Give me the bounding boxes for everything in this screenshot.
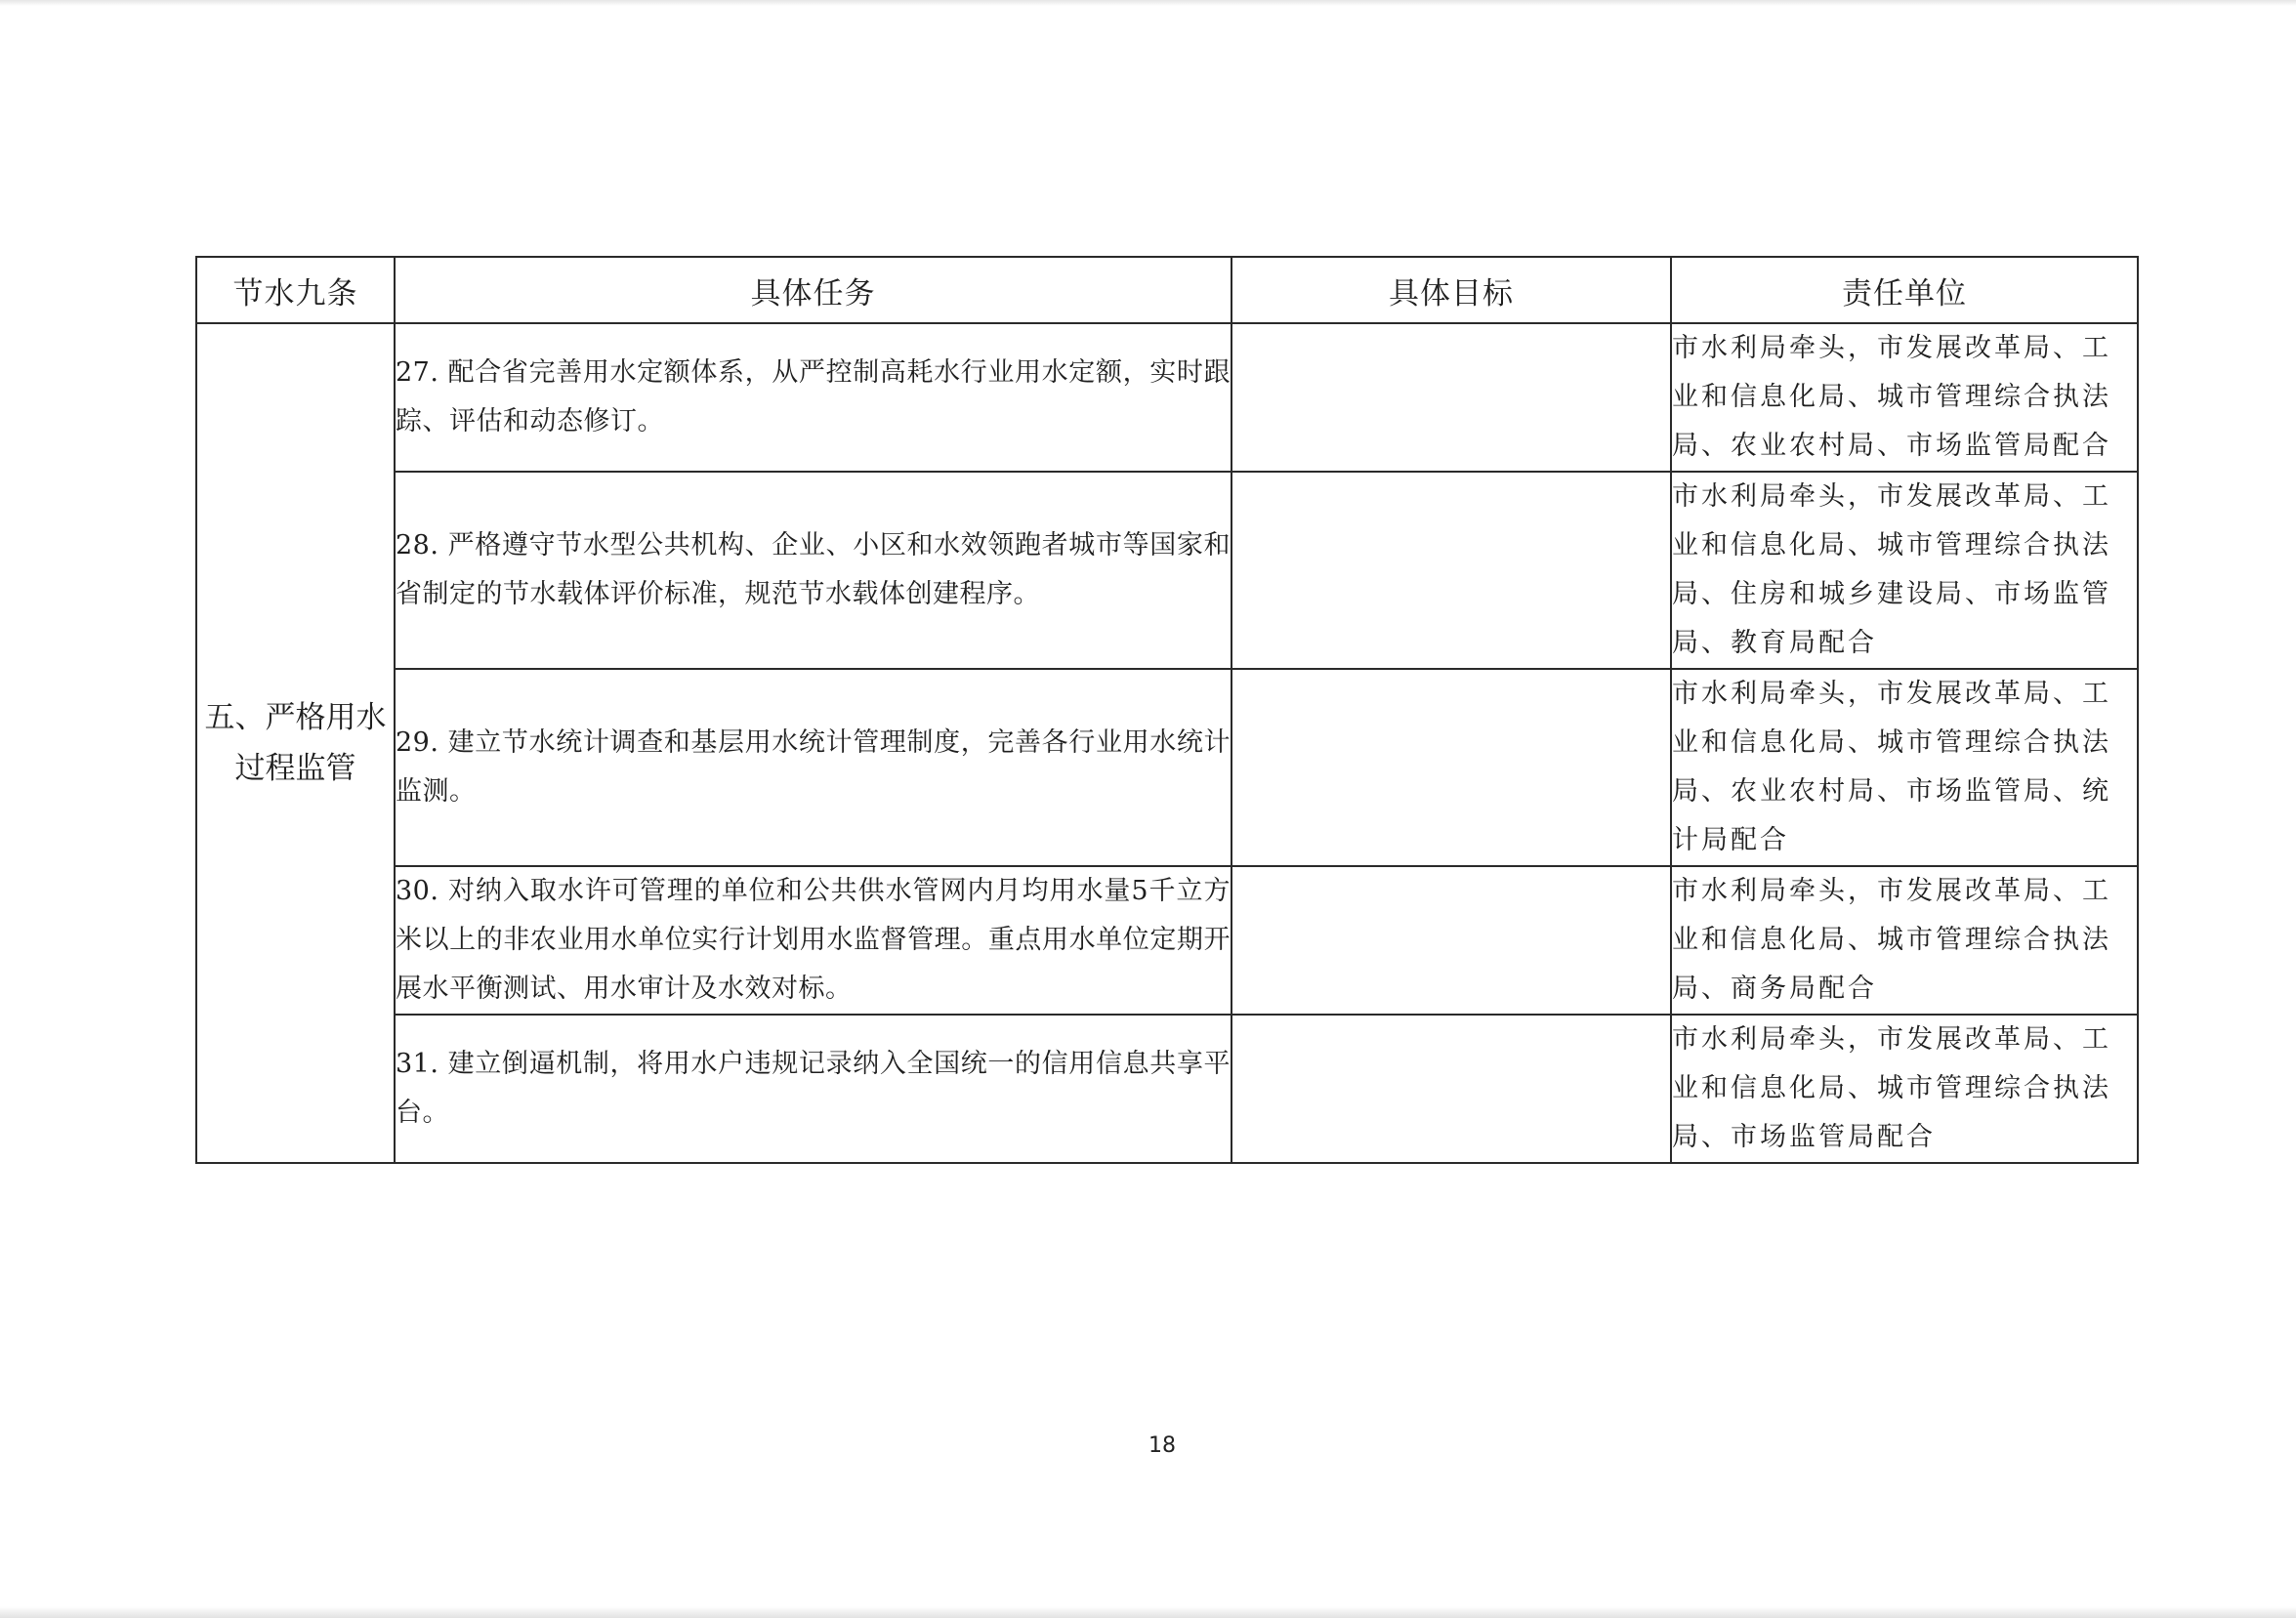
header-goal: 具体目标 [1231, 257, 1671, 323]
table-row: 31. 建立倒逼机制，将用水户违规记录纳入全国统一的信用信息共享平台。 市水利局… [196, 1015, 2138, 1163]
goal-cell [1231, 866, 1671, 1015]
table-row: 28. 严格遵守节水型公共机构、企业、小区和水效领跑者城市等国家和省制定的节水载… [196, 472, 2138, 669]
responsible-unit-cell: 市水利局牵头，市发展改革局、工业和信息化局、城市管理综合执法局、住房和城乡建设局… [1671, 472, 2138, 669]
header-category: 节水九条 [196, 257, 395, 323]
scan-top-edge [0, 0, 2296, 6]
responsible-unit-cell: 市水利局牵头，市发展改革局、工业和信息化局、城市管理综合执法局、农业农村局、市场… [1671, 323, 2138, 472]
header-responsible-unit: 责任单位 [1671, 257, 2138, 323]
category-cell: 五、严格用水过程监管 [196, 323, 395, 1163]
table-row: 29. 建立节水统计调查和基层用水统计管理制度，完善各行业用水统计监测。 市水利… [196, 669, 2138, 866]
goal-cell [1231, 1015, 1671, 1163]
table-header-row: 节水九条 具体任务 具体目标 责任单位 [196, 257, 2138, 323]
task-cell: 31. 建立倒逼机制，将用水户违规记录纳入全国统一的信用信息共享平台。 [395, 1015, 1231, 1163]
page-number: 18 [1133, 1433, 1191, 1458]
task-table: 节水九条 具体任务 具体目标 责任单位 五、严格用水过程监管 27. 配合省完善… [195, 256, 2139, 1164]
responsible-unit-cell: 市水利局牵头，市发展改革局、工业和信息化局、城市管理综合执法局、商务局配合 [1671, 866, 2138, 1015]
task-cell: 27. 配合省完善用水定额体系，从严控制高耗水行业用水定额，实时跟踪、评估和动态… [395, 323, 1231, 472]
task-cell: 29. 建立节水统计调查和基层用水统计管理制度，完善各行业用水统计监测。 [395, 669, 1231, 866]
responsible-unit-cell: 市水利局牵头，市发展改革局、工业和信息化局、城市管理综合执法局、农业农村局、市场… [1671, 669, 2138, 866]
goal-cell [1231, 472, 1671, 669]
table-row: 30. 对纳入取水许可管理的单位和公共供水管网内月均用水量5千立方米以上的非农业… [196, 866, 2138, 1015]
table-row: 五、严格用水过程监管 27. 配合省完善用水定额体系，从严控制高耗水行业用水定额… [196, 323, 2138, 472]
header-task: 具体任务 [395, 257, 1231, 323]
responsible-unit-cell: 市水利局牵头，市发展改革局、工业和信息化局、城市管理综合执法局、市场监管局配合 [1671, 1015, 2138, 1163]
goal-cell [1231, 323, 1671, 472]
task-cell: 30. 对纳入取水许可管理的单位和公共供水管网内月均用水量5千立方米以上的非农业… [395, 866, 1231, 1015]
task-cell: 28. 严格遵守节水型公共机构、企业、小区和水效领跑者城市等国家和省制定的节水载… [395, 472, 1231, 669]
scan-bottom-edge [0, 1606, 2296, 1618]
goal-cell [1231, 669, 1671, 866]
